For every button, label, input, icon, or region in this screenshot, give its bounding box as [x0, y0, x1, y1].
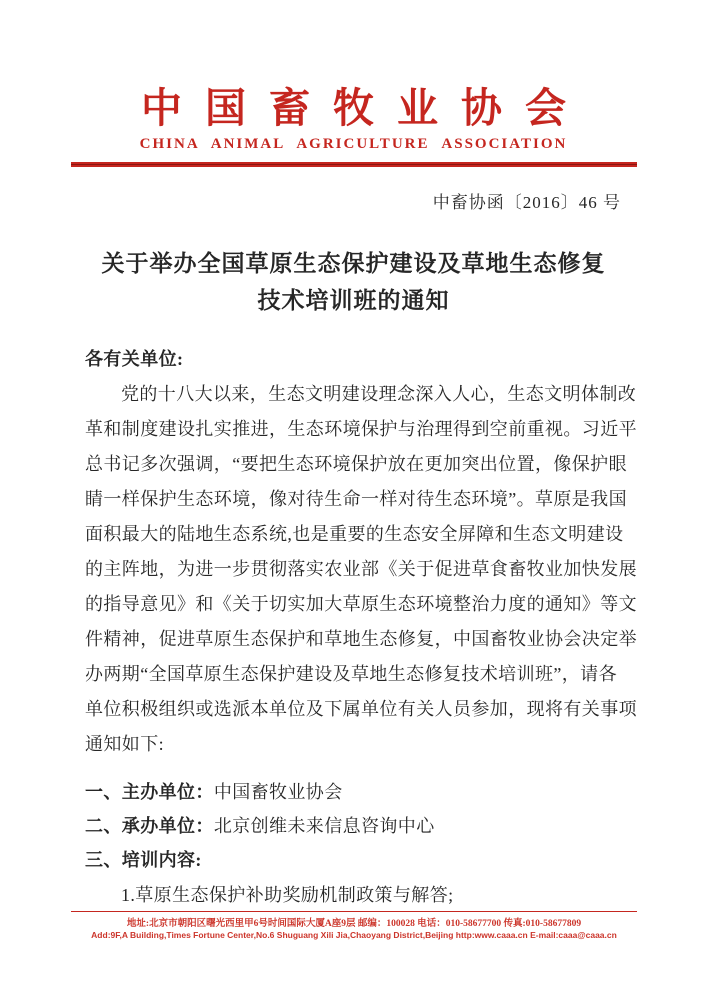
list-item-value: 中国畜牧业协会 [214, 782, 343, 802]
list-item-value: 北京创维未来信息咨询中心 [214, 816, 435, 836]
list-item: 一、主办单位：中国畜牧业协会 [85, 775, 627, 809]
list-item-label: 三、培训内容: [85, 850, 202, 870]
body-line: 件精神，促进草原生态保护和草地生态修复，中国畜牧业协会决定举 [85, 622, 627, 657]
doc-title: 关于举办全国草原生态保护建设及草地生态修复 技术培训班的通知 [0, 245, 707, 319]
list-item: 二、承办单位：北京创维未来信息咨询中心 [85, 809, 627, 843]
list-item: 三、培训内容: [85, 843, 627, 877]
footer-address-cn: 地址:北京市朝阳区曙光西里甲6号时间国际大厦A座9层 邮编：100028 电话：… [71, 918, 637, 930]
body-paragraph: 党的十八大以来，生态文明建设理念深入人心，生态文明体制改革和制度建设扎实推进，生… [85, 377, 627, 762]
document-body: 各有关单位: 党的十八大以来，生态文明建设理念深入人心，生态文明体制改革和制度建… [85, 342, 627, 913]
footer: 地址:北京市朝阳区曙光西里甲6号时间国际大厦A座9层 邮编：100028 电话：… [71, 911, 637, 941]
org-name-en: CHINA ANIMAL AGRICULTURE ASSOCIATION [0, 136, 707, 153]
body-line: 总书记多次强调，“要把生态环境保护放在更加突出位置，像保护眼 [85, 447, 627, 482]
letterhead-rule [71, 162, 637, 167]
numbered-items: 一、主办单位：中国畜牧业协会 二、承办单位：北京创维未来信息咨询中心 三、培训内… [85, 775, 627, 877]
sub-item: 1.草原生态保护补助奖励机制政策与解答; [85, 878, 627, 913]
list-item-label: 一、主办单位： [85, 782, 214, 802]
footer-rule [71, 911, 637, 912]
doc-number: 中畜协函〔2016〕46 号 [0, 188, 707, 213]
sub-items: 1.草原生态保护补助奖励机制政策与解答; [85, 878, 627, 913]
footer-address-en: Add:9F,A Building,Times Fortune Center,N… [71, 930, 637, 941]
doc-title-line1: 关于举办全国草原生态保护建设及草地生态修复 [0, 245, 707, 282]
body-line: 单位积极组织或选派本单位及下属单位有关人员参加，现将有关事项 [85, 692, 627, 727]
body-line: 办两期“全国草原生态保护建设及草地生态修复技术培训班”，请各 [85, 657, 627, 692]
list-item-label: 二、承办单位： [85, 816, 214, 836]
body-line: 通知如下: [85, 727, 627, 762]
body-line: 的指导意见》和《关于切实加大草原生态环境整治力度的通知》等文 [85, 587, 627, 622]
salutation: 各有关单位: [85, 342, 627, 377]
body-line: 的主阵地，为进一步贯彻落实农业部《关于促进草食畜牧业加快发展 [85, 552, 627, 587]
body-line: 革和制度建设扎实推进，生态环境保护与治理得到空前重视。习近平 [85, 412, 627, 447]
body-line: 睛一样保护生态环境，像对待生命一样对待生态环境”。草原是我国 [85, 482, 627, 517]
body-line: 面积最大的陆地生态系统,也是重要的生态安全屏障和生态文明建设 [85, 517, 627, 552]
doc-title-line2: 技术培训班的通知 [0, 282, 707, 319]
letterhead: 中国畜牧业协会 CHINA ANIMAL AGRICULTURE ASSOCIA… [0, 0, 707, 167]
org-name-cn: 中国畜牧业协会 [141, 86, 589, 131]
body-line: 党的十八大以来，生态文明建设理念深入人心，生态文明体制改 [85, 377, 627, 412]
document-page: 中国畜牧业协会 CHINA ANIMAL AGRICULTURE ASSOCIA… [0, 0, 707, 1000]
